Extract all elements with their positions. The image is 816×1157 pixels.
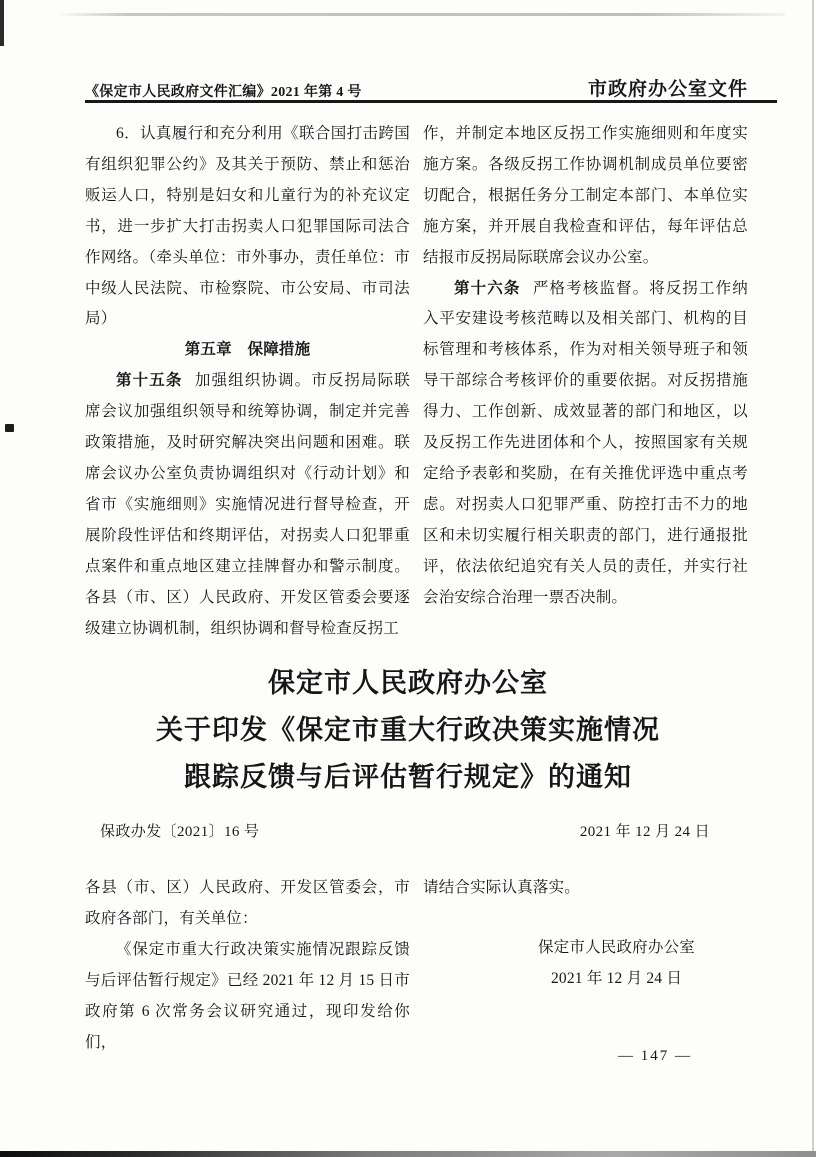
scanned-document-page: 《保定市人民政府文件汇编》2021 年第 4 号 市政府办公室文件 6．认真履行… (0, 0, 816, 1157)
document-number: 保政办发〔2021〕16 号 (100, 820, 259, 841)
header-rule (85, 100, 777, 103)
notice-meta-row: 保政办发〔2021〕16 号 2021 年 12 月 24 日 (100, 820, 710, 841)
document-date: 2021 年 12 月 24 日 (580, 820, 710, 841)
notice-title-line2: 关于印发《保定市重大行政决策实施情况 (0, 707, 816, 754)
salutation-line: 各县（市、区）人民政府、开发区管委会，市政府各部门，有关单位： (85, 873, 410, 935)
paragraph-article-15: 第十五条加强组织协调。市反拐局际联席会议加强组织领导和统筹协调，制定并完善政策措… (85, 366, 410, 644)
notice-title: 保定市人民政府办公室 关于印发《保定市重大行政决策实施情况 跟踪反馈与后评估暂行… (0, 660, 816, 801)
paragraph-article-16: 第十六条严格考核监督。将反拐工作纳入平安建设考核范畴以及相关部门、机构的目标管理… (423, 274, 748, 614)
paragraph-continuation: 作，并制定本地区反拐工作实施细则和年度实施方案。各级反拐工作协调机制成员单位要密… (423, 119, 748, 274)
article-15-text: 加强组织协调。市反拐局际联席会议加强组织领导和统筹协调，制定并完善政策措施，及时… (85, 372, 410, 636)
article-16-text: 严格考核监督。将反拐工作纳入平安建设考核范畴以及相关部门、机构的目标管理和考核体… (423, 280, 748, 606)
chapter-heading: 第五章 保障措施 (85, 335, 410, 366)
upper-body: 6．认真履行和充分利用《联合国打击跨国有组织犯罪公约》及其关于预防、禁止和惩治贩… (85, 119, 748, 644)
lower-right-column: 请结合实际认真落实。 保定市人民政府办公室 2021 年 12 月 24 日 (423, 873, 748, 1058)
lower-body: 各县（市、区）人民政府、开发区管委会，市政府各部门，有关单位： 《保定市重大行政… (85, 873, 748, 1058)
article-16-term: 第十六条 (454, 280, 520, 297)
header-compilation-title: 《保定市人民政府文件汇编》2021 年第 4 号 (85, 81, 362, 101)
lower-left-column: 各县（市、区）人民政府、开发区管委会，市政府各部门，有关单位： 《保定市重大行政… (85, 873, 410, 1058)
scan-edge-bottom (0, 1151, 816, 1157)
notice-body-paragraph: 《保定市重大行政决策实施情况跟踪反馈与后评估暂行规定》已经 2021 年 12 … (85, 935, 410, 1059)
upper-right-column: 作，并制定本地区反拐工作实施细则和年度实施方案。各级反拐工作协调机制成员单位要密… (423, 119, 748, 644)
notice-title-line1: 保定市人民政府办公室 (0, 660, 816, 707)
signature-date: 2021 年 12 月 24 日 (485, 964, 748, 995)
header-document-category: 市政府办公室文件 (588, 74, 748, 101)
page-number: — 147 — (600, 1048, 710, 1065)
article-15-term: 第十五条 (116, 372, 182, 389)
page-header: 《保定市人民政府文件汇编》2021 年第 4 号 市政府办公室文件 (85, 74, 748, 101)
paragraph-item6: 6．认真履行和充分利用《联合国打击跨国有组织犯罪公约》及其关于预防、禁止和惩治贩… (85, 119, 410, 335)
signature-office: 保定市人民政府办公室 (485, 933, 748, 964)
upper-left-column: 6．认真履行和充分利用《联合国打击跨国有组织犯罪公约》及其关于预防、禁止和惩治贩… (85, 119, 410, 644)
notice-title-line3: 跟踪反馈与后评估暂行规定》的通知 (0, 754, 816, 801)
scan-speck-left (5, 424, 14, 432)
signature-block: 保定市人民政府办公室 2021 年 12 月 24 日 (423, 933, 748, 995)
scan-streak-top (55, 13, 785, 16)
scan-mark-topleft (0, 0, 4, 46)
scan-edge-right (812, 0, 814, 1157)
notice-body-continuation: 请结合实际认真落实。 (423, 873, 748, 904)
